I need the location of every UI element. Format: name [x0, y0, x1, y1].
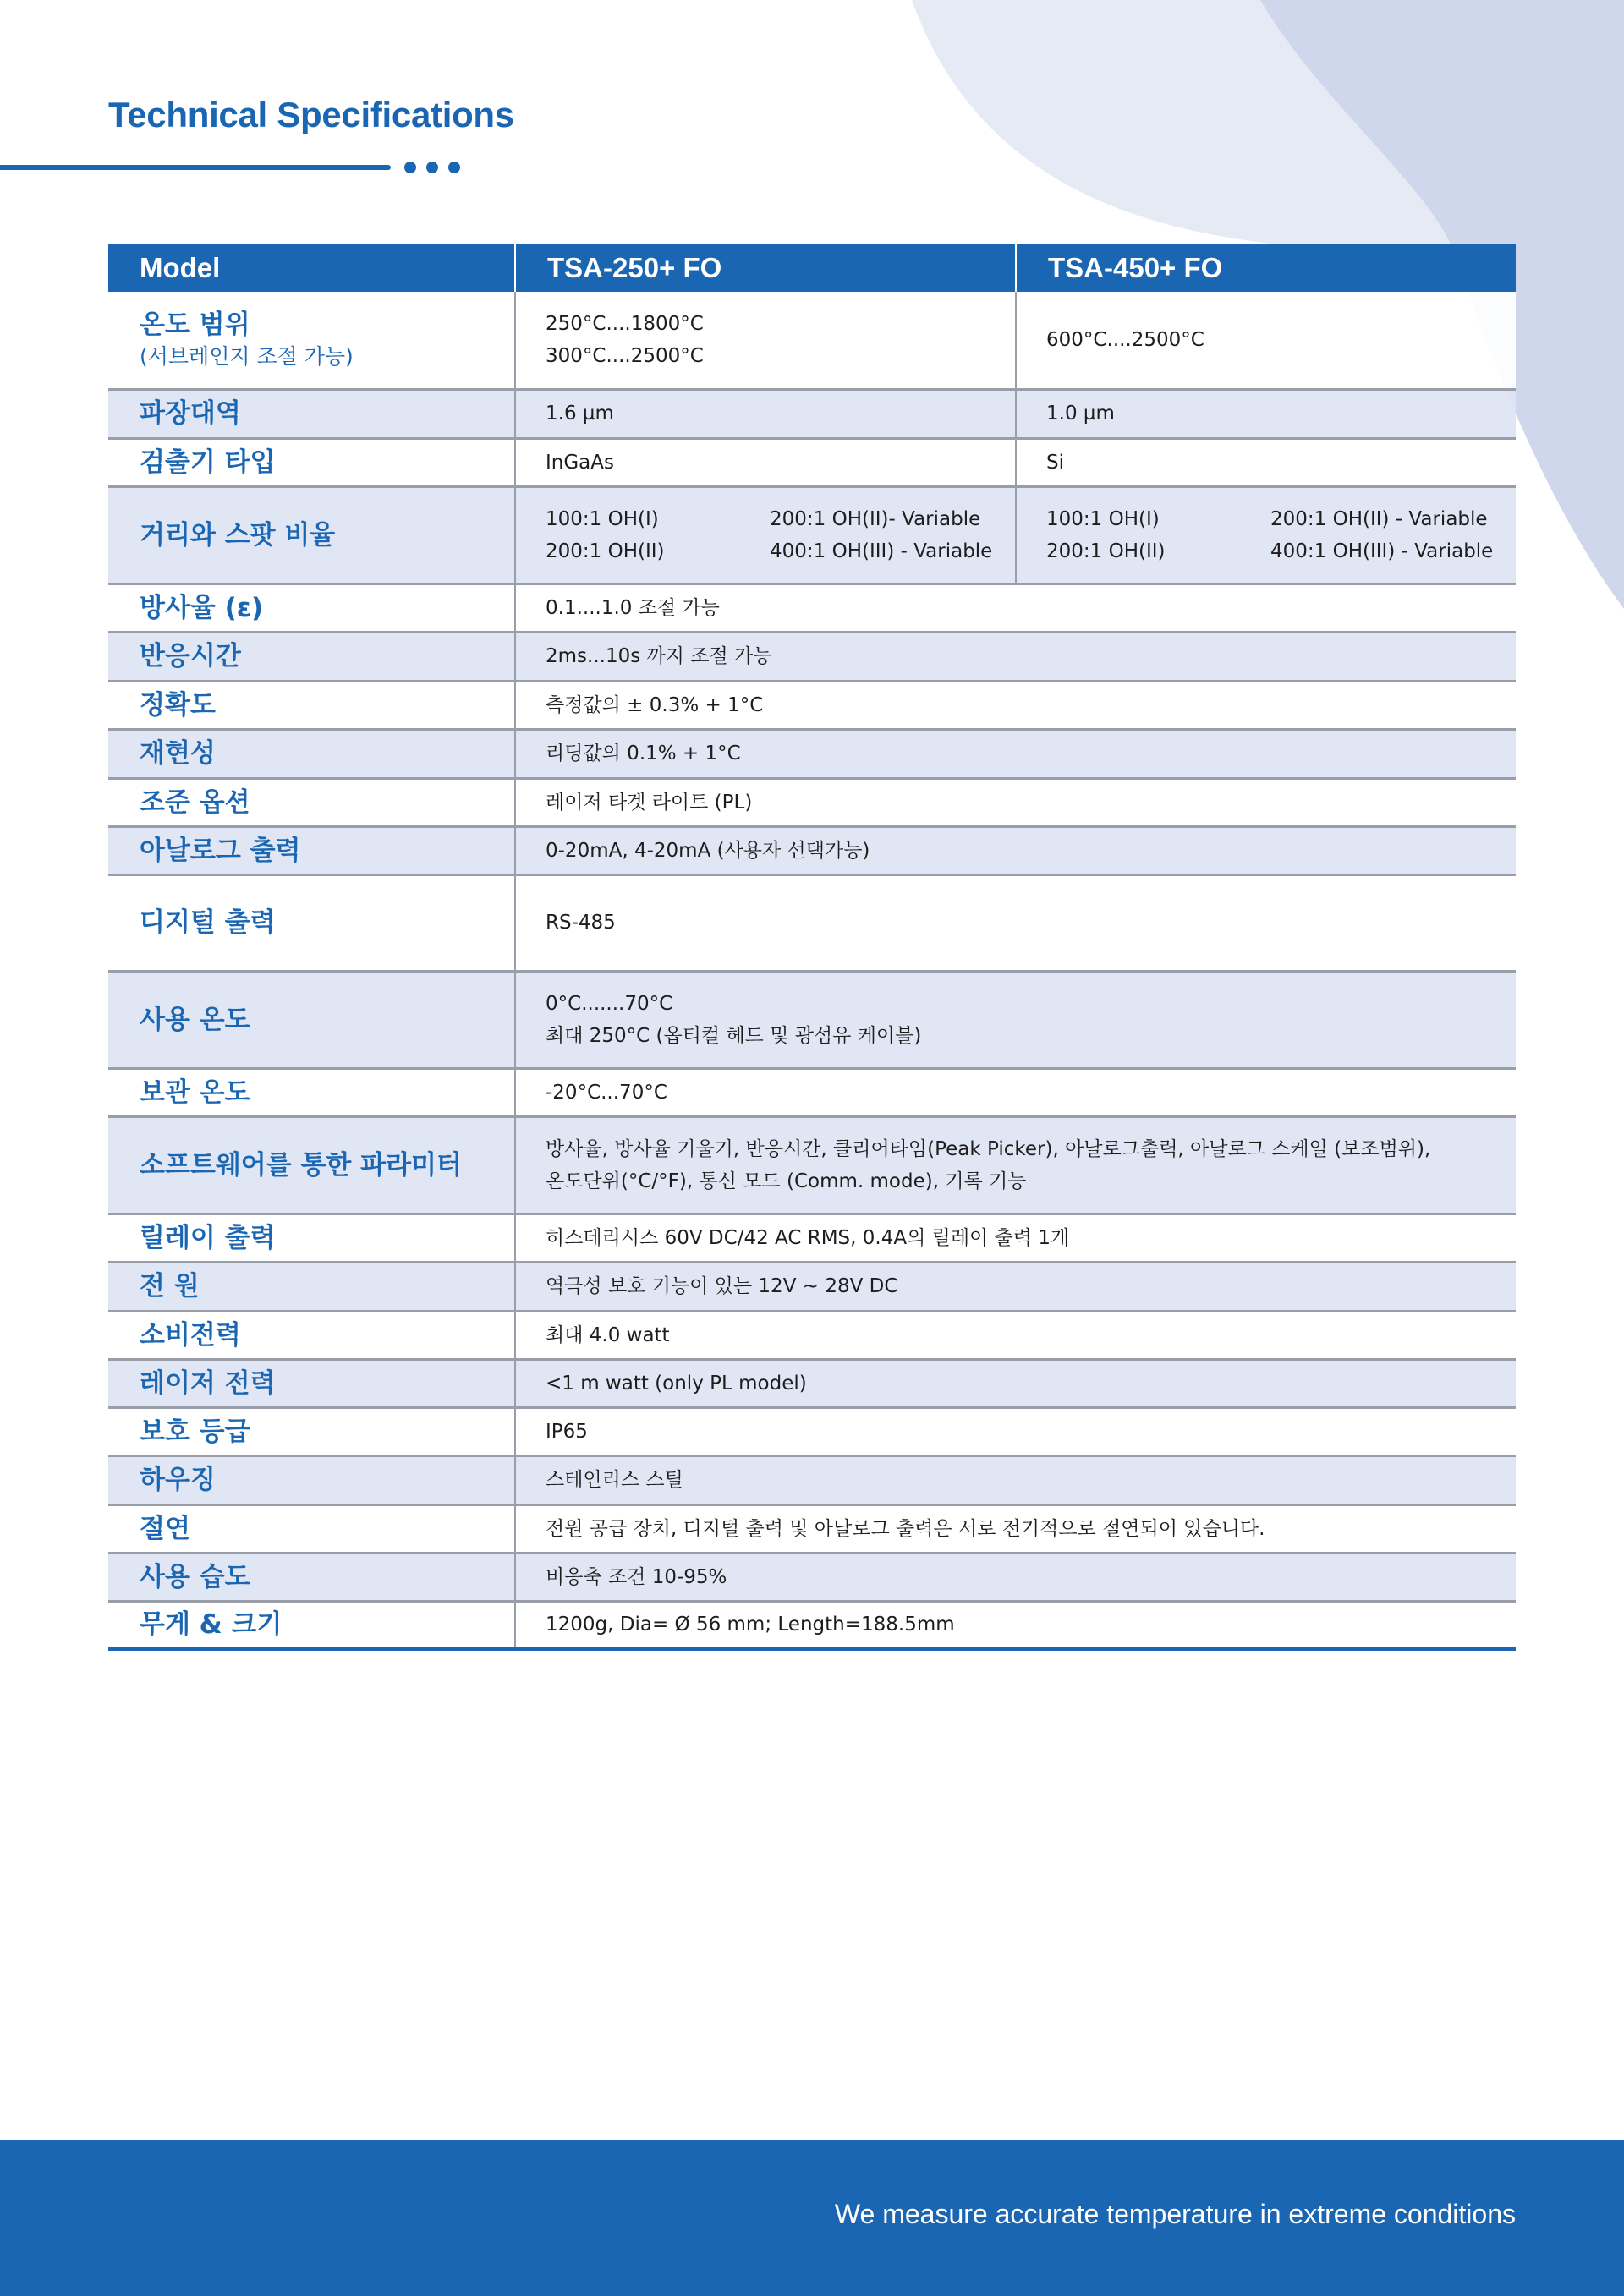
table-row: 거리와 스팟 비율 100:1 OH(I) 200:1 OH(II) 200:1…: [108, 486, 1516, 584]
cell-line: 600°C....2500°C: [1046, 324, 1516, 356]
cell-value: IP65: [515, 1407, 1516, 1455]
cell-tsa-250: InGaAs: [515, 438, 1016, 486]
row-label: 아날로그 출력: [108, 826, 515, 874]
cell-line: 200:1 OH(II): [546, 535, 770, 567]
cell-value: 전원 공급 장치, 디지털 출력 및 아날로그 출력은 서로 전기적으로 절연되…: [515, 1504, 1516, 1553]
footer-banner: We measure accurate temperature in extre…: [0, 2140, 1624, 2296]
dot-icon: [404, 162, 416, 173]
cell-line: 최대 250°C (옵티컬 헤드 및 광섬유 케이블): [546, 1020, 1516, 1052]
row-label: 소프트웨어를 통한 파라미터: [108, 1116, 515, 1214]
table-row: 보관 온도 -20°C...70°C: [108, 1068, 1516, 1116]
spec-table: Model TSA-250+ FO TSA-450+ FO 온도 범위 (서브레…: [108, 244, 1516, 1651]
cell-value: -20°C...70°C: [515, 1068, 1516, 1116]
cell-line: 200:1 OH(II)- Variable: [770, 503, 1015, 535]
page-title: Technical Specifications: [108, 95, 514, 135]
cell-value: 0.1....1.0 조절 가능: [515, 584, 1516, 632]
table-row: 사용 온도 0°C.......70°C 최대 250°C (옵티컬 헤드 및 …: [108, 971, 1516, 1068]
table-row: 정확도 측정값의 ± 0.3% + 1°C: [108, 681, 1516, 729]
table-row: 소비전력 최대 4.0 watt: [108, 1311, 1516, 1359]
cell-line: 100:1 OH(I): [1046, 503, 1270, 535]
table-row: 파장대역 1.6 µm 1.0 µm: [108, 389, 1516, 438]
cell-value: 방사율, 방사율 기울기, 반응시간, 클리어타임(Peak Picker), …: [515, 1116, 1516, 1214]
cell-tsa-250: 250°C....1800°C 300°C....2500°C: [515, 292, 1016, 389]
row-label: 보호 등급: [108, 1407, 515, 1455]
cell-line: 250°C....1800°C: [546, 308, 1015, 340]
row-label: 온도 범위 (서브레인지 조절 가능): [108, 292, 515, 389]
cell-value: 0°C.......70°C 최대 250°C (옵티컬 헤드 및 광섬유 케이…: [515, 971, 1516, 1068]
cell-line: 온도단위(°C/°F), 통신 모드 (Comm. mode), 기록 기능: [546, 1165, 1516, 1197]
title-dots-ornament: [404, 162, 460, 173]
row-label: 하우징: [108, 1455, 515, 1504]
row-label: 무게 & 크기: [108, 1601, 515, 1649]
table-row: 무게 & 크기 1200g, Dia= Ø 56 mm; Length=188.…: [108, 1601, 1516, 1649]
table-row: 레이저 전력 <1 m watt (only PL model): [108, 1359, 1516, 1407]
table-row: 방사율 (ε) 0.1....1.0 조절 가능: [108, 584, 1516, 632]
row-label: 사용 온도: [108, 971, 515, 1068]
cell-tsa-450: 1.0 µm: [1016, 389, 1516, 438]
cell-value: 비응축 조건 10-95%: [515, 1553, 1516, 1601]
cell-line: 100:1 OH(I): [546, 503, 770, 535]
header-tsa-250: TSA-250+ FO: [515, 244, 1016, 292]
cell-value: <1 m watt (only PL model): [515, 1359, 1516, 1407]
cell-value: 1200g, Dia= Ø 56 mm; Length=188.5mm: [515, 1601, 1516, 1649]
cell-line: 0°C.......70°C: [546, 988, 1516, 1020]
cell-tsa-450: 100:1 OH(I) 200:1 OH(II) 200:1 OH(II) - …: [1016, 486, 1516, 584]
row-label: 보관 온도: [108, 1068, 515, 1116]
row-label: 조준 옵션: [108, 778, 515, 826]
row-label: 릴레이 출력: [108, 1214, 515, 1262]
row-label: 디지털 출력: [108, 874, 515, 971]
cell-line: 200:1 OH(II): [1046, 535, 1270, 567]
cell-line: 200:1 OH(II) - Variable: [1270, 503, 1516, 535]
cell-line: 방사율, 방사율 기울기, 반응시간, 클리어타임(Peak Picker), …: [546, 1133, 1516, 1165]
dot-icon: [426, 162, 438, 173]
footer-tagline: We measure accurate temperature in extre…: [835, 2199, 1516, 2230]
header-tsa-450: TSA-450+ FO: [1016, 244, 1516, 292]
cell-line: 400:1 OH(III) - Variable: [1270, 535, 1516, 567]
table-row: 디지털 출력 RS-485: [108, 874, 1516, 971]
row-label: 전 원: [108, 1262, 515, 1311]
table-header-row: Model TSA-250+ FO TSA-450+ FO: [108, 244, 1516, 292]
dot-icon: [448, 162, 460, 173]
table-row: 검출기 타입 InGaAs Si: [108, 438, 1516, 486]
cell-value: 리딩값의 0.1% + 1°C: [515, 729, 1516, 778]
table-row: 사용 습도 비응축 조건 10-95%: [108, 1553, 1516, 1601]
table-row: 전 원 역극성 보호 기능이 있는 12V ~ 28V DC: [108, 1262, 1516, 1311]
table-row: 온도 범위 (서브레인지 조절 가능) 250°C....1800°C 300°…: [108, 292, 1516, 389]
row-label: 반응시간: [108, 632, 515, 681]
header-model: Model: [108, 244, 515, 292]
cell-tsa-450: 600°C....2500°C: [1016, 292, 1516, 389]
cell-line: 300°C....2500°C: [546, 340, 1015, 372]
table-row: 하우징 스테인리스 스틸: [108, 1455, 1516, 1504]
table-row: 재현성 리딩값의 0.1% + 1°C: [108, 729, 1516, 778]
table-row: 조준 옵션 레이저 타겟 라이트 (PL): [108, 778, 1516, 826]
row-label: 소비전력: [108, 1311, 515, 1359]
cell-tsa-250: 100:1 OH(I) 200:1 OH(II) 200:1 OH(II)- V…: [515, 486, 1016, 584]
cell-value: 역극성 보호 기능이 있는 12V ~ 28V DC: [515, 1262, 1516, 1311]
table-row: 절연 전원 공급 장치, 디지털 출력 및 아날로그 출력은 서로 전기적으로 …: [108, 1504, 1516, 1553]
table-row: 보호 등급 IP65: [108, 1407, 1516, 1455]
table-row: 반응시간 2ms...10s 까지 조절 가능: [108, 632, 1516, 681]
table-row: 릴레이 출력 히스테리시스 60V DC/42 AC RMS, 0.4A의 릴레…: [108, 1214, 1516, 1262]
row-label: 절연: [108, 1504, 515, 1553]
table-row: 아날로그 출력 0-20mA, 4-20mA (사용자 선택가능): [108, 826, 1516, 874]
cell-tsa-450: Si: [1016, 438, 1516, 486]
row-label: 파장대역: [108, 389, 515, 438]
cell-value: 0-20mA, 4-20mA (사용자 선택가능): [515, 826, 1516, 874]
cell-value: 스테인리스 스틸: [515, 1455, 1516, 1504]
row-label: 거리와 스팟 비율: [108, 486, 515, 584]
row-label: 사용 습도: [108, 1553, 515, 1601]
cell-tsa-250: 1.6 µm: [515, 389, 1016, 438]
cell-value: 측정값의 ± 0.3% + 1°C: [515, 681, 1516, 729]
cell-value: 히스테리시스 60V DC/42 AC RMS, 0.4A의 릴레이 출력 1개: [515, 1214, 1516, 1262]
cell-value: 최대 4.0 watt: [515, 1311, 1516, 1359]
row-label: 정확도: [108, 681, 515, 729]
title-underline: [0, 165, 391, 170]
table-row: 소프트웨어를 통한 파라미터 방사율, 방사율 기울기, 반응시간, 클리어타임…: [108, 1116, 1516, 1214]
row-label: 재현성: [108, 729, 515, 778]
cell-line: 400:1 OH(III) - Variable: [770, 535, 1015, 567]
row-label: 레이저 전력: [108, 1359, 515, 1407]
cell-value: RS-485: [515, 874, 1516, 971]
row-label: 검출기 타입: [108, 438, 515, 486]
row-sublabel: (서브레인지 조절 가능): [140, 342, 514, 372]
row-label-text: 온도 범위: [140, 310, 250, 340]
cell-value: 레이저 타겟 라이트 (PL): [515, 778, 1516, 826]
cell-value: 2ms...10s 까지 조절 가능: [515, 632, 1516, 681]
row-label: 방사율 (ε): [108, 584, 515, 632]
